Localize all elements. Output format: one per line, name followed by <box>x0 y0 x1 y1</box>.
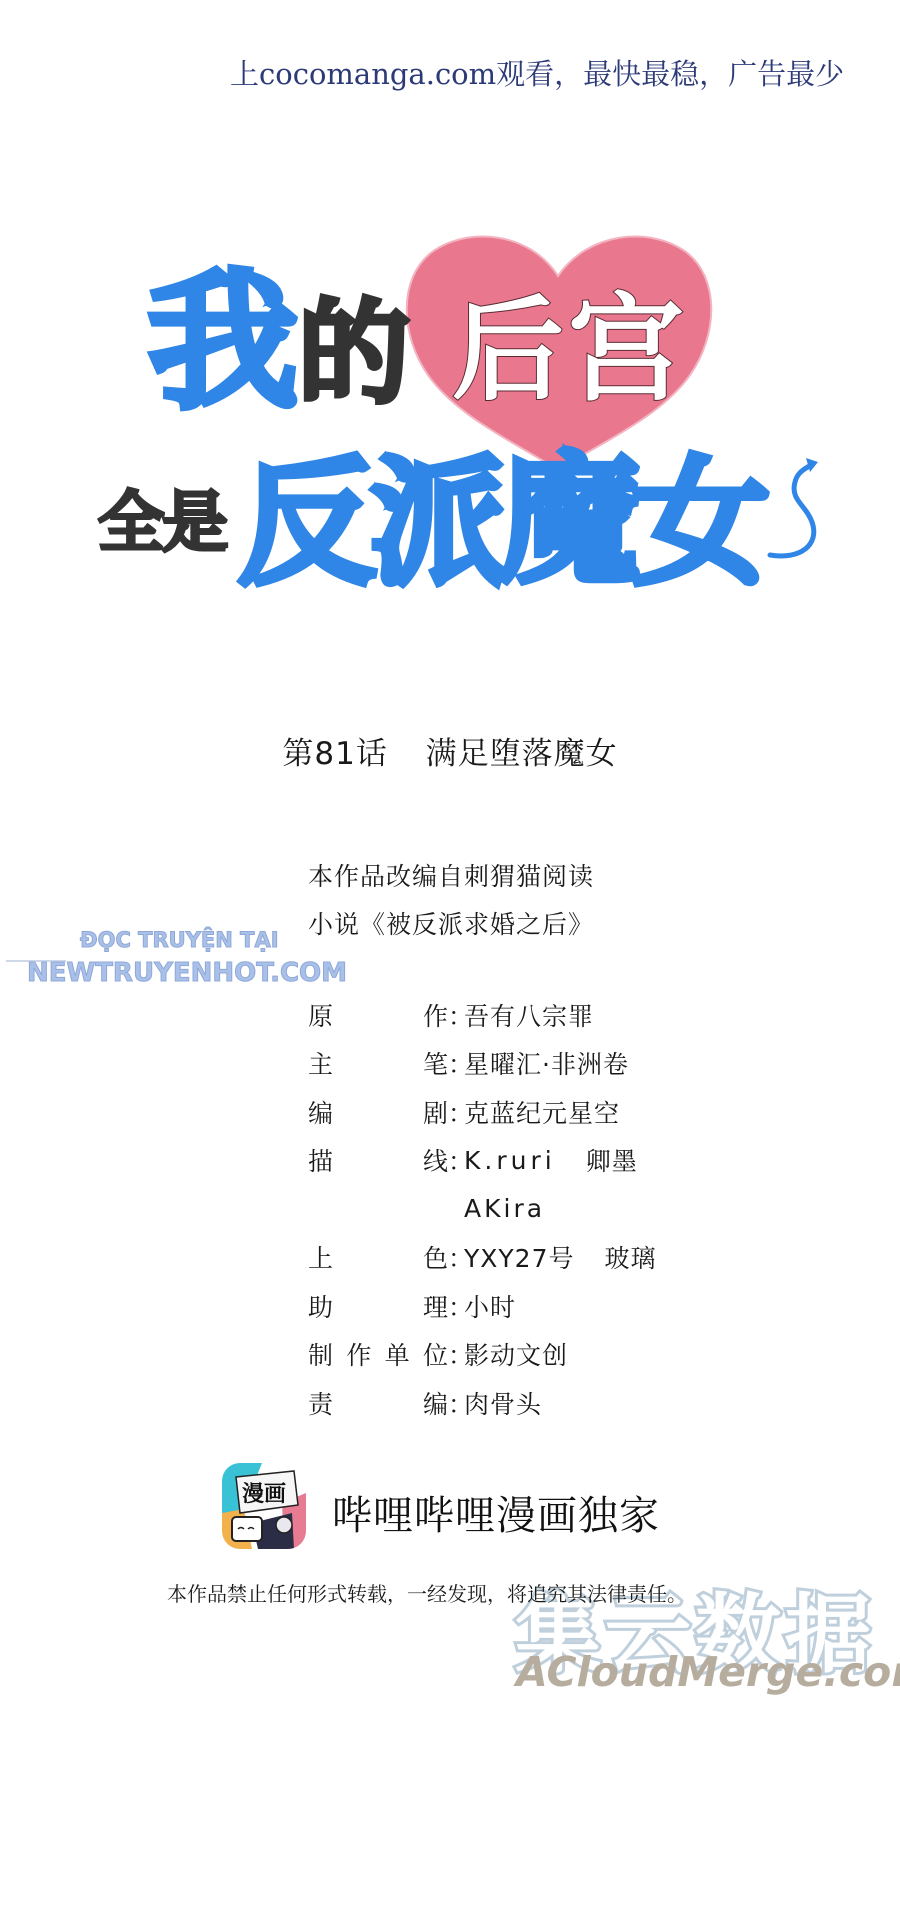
credit-row-original: 原作 ： 吾有八宗罪 <box>308 995 594 1035</box>
credit-row-lineart: 描线 ： K.ruri 卿墨 <box>308 1140 638 1180</box>
credit-label: 主笔 <box>308 1045 448 1081</box>
chapter-name: 满足堕落魔女 <box>426 728 618 773</box>
copyright-notice: 本作品禁止任何形式转载，一经发现，将追究其法律责任。 <box>167 1578 687 1607</box>
credit-row-assistant: 助理 ： 小时 <box>308 1286 516 1326</box>
logo-char-wo: 我 <box>148 268 298 418</box>
credit-value: YXY27号 <box>464 1239 574 1275</box>
credit-label: 上色 <box>308 1239 448 1275</box>
credit-row-lead-artist: 主笔 ： 星曜汇·非洲卷 <box>308 1043 629 1083</box>
credit-value: AKira <box>464 1194 545 1223</box>
credit-colon: ： <box>448 1045 464 1081</box>
chapter-title: 第81话 满足堕落魔女 <box>0 728 900 773</box>
credit-label: 原作 <box>308 997 448 1033</box>
logo-char-nv: 女 <box>632 455 770 593</box>
credit-colon: ： <box>448 1336 464 1372</box>
logo-heart-char-gong: 宫 <box>568 292 684 408</box>
credit-colon: ： <box>448 1142 464 1178</box>
credit-row-production: 制作单位 ： 影动文创 <box>308 1334 568 1374</box>
adaptation-line-1: 本作品改编自刺猬猫阅读 <box>308 857 594 893</box>
credit-colon: ： <box>448 1239 464 1275</box>
credit-colon: ： <box>448 997 464 1033</box>
adaptation-line-2: 小说《被反派求婚之后》 <box>308 905 594 941</box>
credit-value: K.ruri <box>464 1146 556 1175</box>
credit-colon: ： <box>448 1288 464 1324</box>
credit-label: 制作单位 <box>308 1336 448 1372</box>
logo-char-mo: 魔 <box>500 452 640 592</box>
publisher-exclusive-text: 哔哩哔哩漫画独家 <box>332 1484 660 1541</box>
credit-value: 星曜汇·非洲卷 <box>464 1045 629 1081</box>
watermark-doc-truyen: ĐỌC TRUYỆN TẠI <box>80 928 279 952</box>
credit-label: 编剧 <box>308 1094 448 1130</box>
credit-colon: ： <box>448 1094 464 1130</box>
credit-row-editor: 责编 ： 肉骨头 <box>308 1383 542 1423</box>
credit-value: 小时 <box>464 1288 516 1324</box>
watermark-acloudmerge: ACloudMerge.com <box>516 1648 900 1696</box>
credit-row-lineart-cont: AKira <box>308 1188 545 1228</box>
logo-char-pai: 派 <box>370 455 508 593</box>
chapter-number: 第81话 <box>282 728 387 773</box>
credit-value: 吾有八宗罪 <box>464 997 594 1033</box>
credit-value: 肉骨头 <box>464 1385 542 1421</box>
credit-row-coloring: 上色 ： YXY27号 玻璃 <box>308 1237 657 1277</box>
logo-char-fan: 反 <box>238 455 376 593</box>
credit-value: 克蓝纪元星空 <box>464 1094 620 1130</box>
credit-label: 助理 <box>308 1288 448 1324</box>
logo-heart-char-hou: 后 <box>452 295 564 407</box>
logo-char-de: 的 <box>298 298 410 410</box>
credit-value-2: 卿墨 <box>586 1142 638 1178</box>
credit-label: 描线 <box>308 1142 448 1178</box>
credit-colon: ： <box>448 1385 464 1421</box>
credit-label: 责编 <box>308 1385 448 1421</box>
bilibili-manga-app-icon: 漫画 <box>222 1463 306 1549</box>
watermark-newtruyenhot: NEWTRUYENHOT.COM <box>27 958 347 988</box>
title-logo: 我 的 后 宫 全是 反 派 魔 女 <box>0 0 900 700</box>
credit-value: 影动文创 <box>464 1336 568 1372</box>
credit-row-script: 编剧 ： 克蓝纪元星空 <box>308 1092 620 1132</box>
app-icon-label: 漫画 <box>242 1481 286 1507</box>
credit-value-2: 玻璃 <box>604 1239 656 1275</box>
logo-text-quanshi: 全是 <box>98 490 226 556</box>
